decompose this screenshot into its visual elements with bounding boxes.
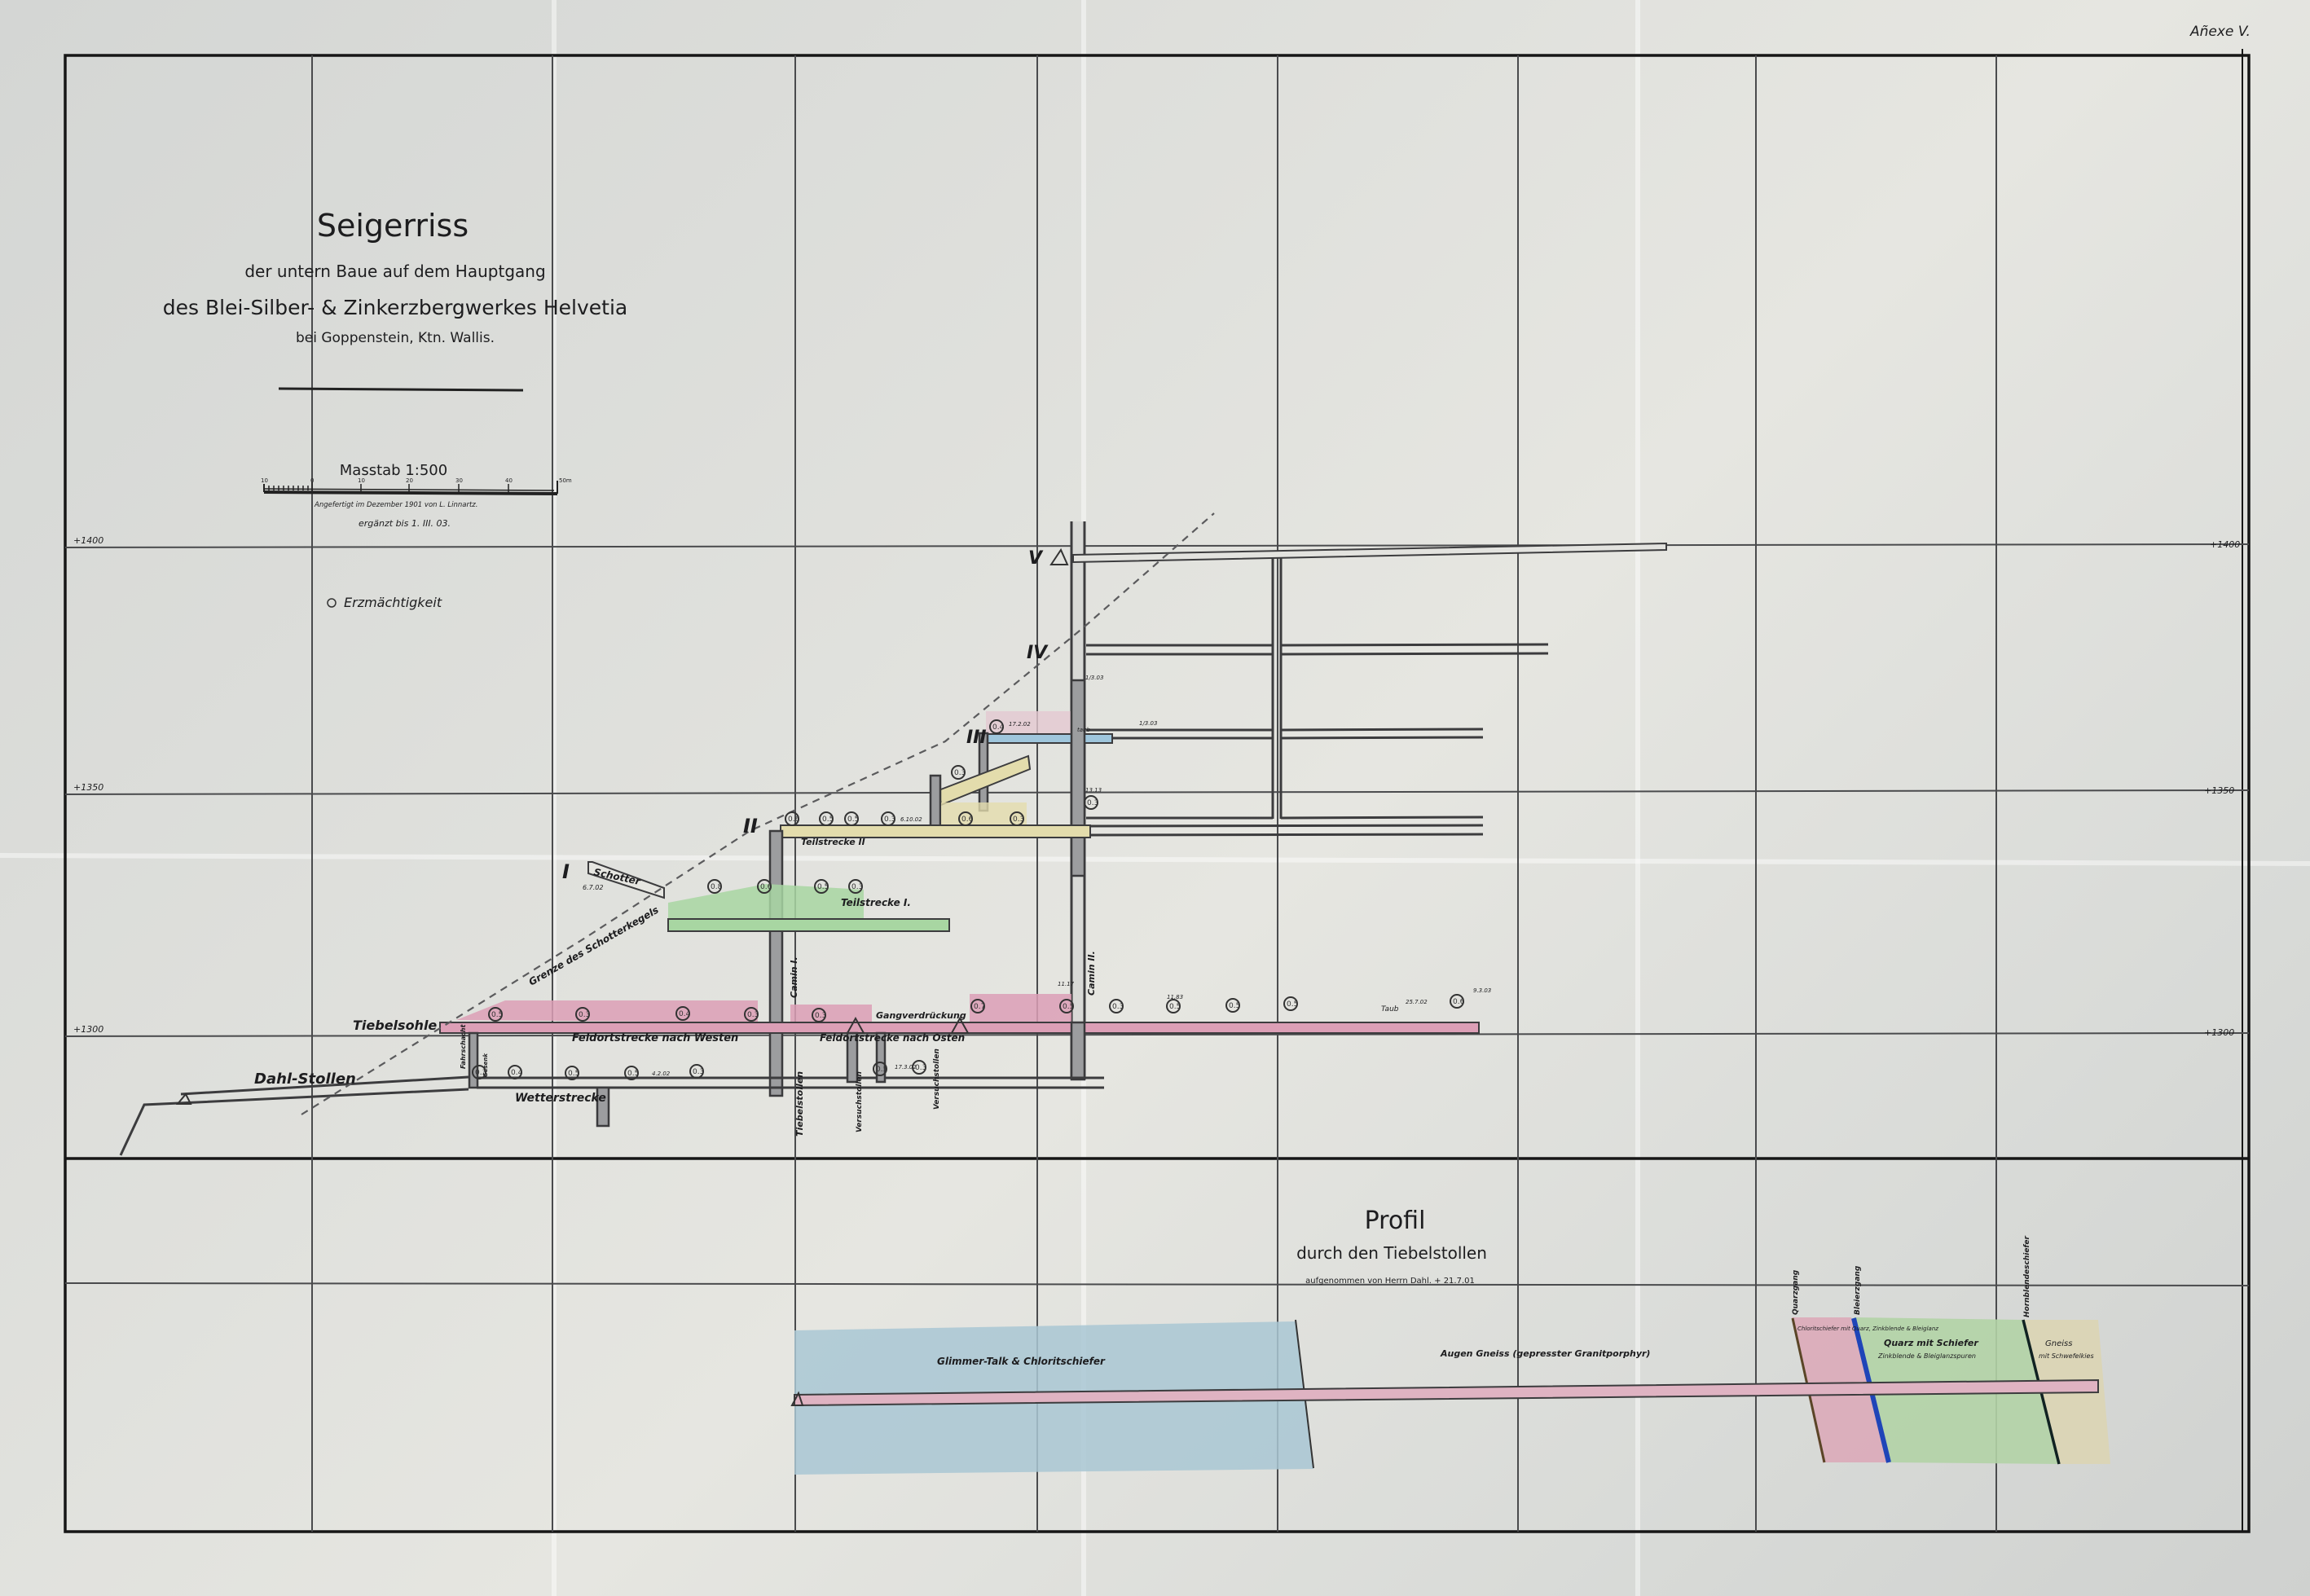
svg-text:40: 40 [505,477,513,484]
svg-text:0.3: 0.3 [693,1068,704,1076]
svg-text:0.5: 0.5 [491,1011,503,1019]
svg-text:Taub: Taub [1381,1005,1399,1013]
svg-text:13.13: 13.13 [1085,787,1102,794]
svg-text:Glimmer-Talk & Chloritschiefer: Glimmer-Talk & Chloritschiefer [937,1356,1106,1367]
tiebelstollen-label: Tiebelstollen [794,1071,805,1137]
svg-text:0.5: 0.5 [1229,1002,1240,1010]
level-label: I [562,860,570,883]
svg-text:mit Schwefelkies: mit Schwefelkies [2039,1352,2094,1360]
svg-text:0.6: 0.6 [788,816,800,824]
legend-label: Erzmächtigkeit [344,595,442,610]
svg-text:0.5: 0.5 [568,1070,579,1078]
svg-text:Zinkblende & Bleiglanzspuren: Zinkblende & Bleiglanzspuren [1877,1352,1976,1360]
title-block: Seigerriss der untern Baue auf dem Haupt… [163,208,627,390]
teilstrecke-2-label: Teilstrecke II [801,837,865,847]
teilstrecke-2 [770,825,1090,1096]
profile-surveyed-by: aufgenommen von Herrn Dahl. + 21.7.01 [1305,1277,1475,1286]
profile-section: Profil durch den Tiebelstollen aufgenomm… [792,1207,2110,1475]
ore-thickness-icon [328,599,336,607]
supplemented-note: ergänzt bis 1. III. 03. [359,518,451,529]
svg-text:50m: 50m [559,477,572,484]
svg-text:25.7.02: 25.7.02 [1406,999,1428,1005]
elevation-label: +1350 [73,782,103,793]
svg-text:0.5: 0.5 [1063,1003,1074,1011]
level-label: III [966,728,987,748]
svg-text:17.2.02: 17.2.02 [1009,721,1031,728]
svg-text:0.3: 0.3 [884,816,895,824]
svg-text:0.8: 0.8 [711,883,723,891]
svg-text:0.3: 0.3 [747,1011,759,1019]
svg-text:0.3: 0.3 [1013,816,1024,824]
dahl-stollen [121,1077,469,1155]
svg-text:1/3.03: 1/3.03 [1085,675,1103,681]
title-line2: des Blei-Silber- & Zinkerzbergwerkes Hel… [163,296,627,319]
wetterstrecke-label: Wetterstrecke [515,1092,606,1105]
svg-text:0.3: 0.3 [815,1012,826,1020]
svg-text:0.6: 0.6 [961,816,974,824]
svg-text:1/3.03: 1/3.03 [1139,720,1157,727]
svg-text:0.7: 0.7 [974,1003,985,1011]
svg-text:0: 0 [310,477,314,484]
upper-workings [1051,521,1666,1079]
scale-bar: Masstab 1:500 10 0 10 20 30 40 50m Angef… [261,462,572,529]
camin-1-shaft [770,831,782,1096]
gravel-cone-label: Grenze des Schotterkegels [527,904,661,988]
svg-text:Bleierzgang: Bleierzgang [1854,1265,1862,1315]
svg-text:0.5: 0.5 [822,816,834,824]
svg-text:0.6: 0.6 [1453,998,1465,1006]
svg-text:9.3.03: 9.3.03 [1473,987,1491,994]
elevation-label: +1400 [73,535,103,546]
versuchstollen-label: Versuchstollen [856,1071,864,1132]
wetterstrecke [469,1033,1104,1126]
made-by-note: Angefertigt im Dezember 1901 von L. Linn… [314,501,477,509]
svg-text:0.3: 0.3 [954,769,966,777]
elevation-label: +1400 [2210,539,2240,550]
elevation-label: +1300 [73,1024,103,1035]
svg-text:6.7.02: 6.7.02 [583,884,603,891]
svg-text:0.3: 0.3 [915,1064,926,1072]
svg-text:0.5: 0.5 [817,883,829,891]
teilstrecke-1-label: Teilstrecke I. [841,897,911,908]
tiebelsohle-label: Tiebelsohle [353,1018,437,1033]
drawing-sheet: +1400 +1350 +1300 +1400 +1350 +1300 Añex… [0,0,2310,1596]
svg-text:10: 10 [358,477,365,484]
versuchstollen-label: Versuchstollen [933,1049,941,1110]
level-label: II [743,815,758,838]
svg-text:0.4: 0.4 [679,1010,691,1018]
svg-text:10: 10 [261,477,268,484]
fold-crease [0,855,2310,864]
svg-text:Hornblendeschiefer: Hornblendeschiefer [2023,1236,2031,1317]
dahl-stollen-label: Dahl-Stollen [254,1071,356,1088]
svg-text:Gneiss: Gneiss [2045,1339,2072,1348]
camin-2-label: Camin II. [1086,951,1097,996]
svg-text:0.3: 0.3 [475,1069,486,1077]
fahrschacht-label: Fahrschacht [460,1023,467,1069]
scale-label: Masstab 1:500 [340,462,447,479]
svg-text:0.5: 0.5 [1169,1003,1181,1011]
svg-text:taub: taub [1077,727,1090,733]
svg-text:Augen Gneiss (gepresster Grani: Augen Gneiss (gepresster Granitporphyr) [1440,1348,1650,1359]
svg-text:Chloritschiefer mit Quarz, Zin: Chloritschiefer mit Quarz, Zinkblende & … [1797,1326,1938,1332]
title-main: Seigerriss [317,208,469,244]
svg-text:0.5: 0.5 [876,1066,887,1074]
svg-text:0.3: 0.3 [579,1011,590,1019]
svg-text:0.4: 0.4 [511,1069,523,1077]
svg-text:0.5: 0.5 [847,816,859,824]
gangverdrueckung-label: Gangverdrückung [876,1010,966,1021]
annex-label: Añexe V. [2189,24,2251,40]
level-label: V [1028,548,1044,569]
svg-text:0.3: 0.3 [851,883,863,891]
svg-text:0.3: 0.3 [1087,799,1098,807]
feldort-west-label: Feldortstrecke nach Westen [572,1032,738,1044]
title-line1: der untern Baue auf dem Hauptgang [244,262,545,281]
elevation-label: +1300 [2204,1027,2234,1038]
feldort-ost-label: Feldortstrecke nach Osten [820,1032,965,1044]
title-underline [279,389,523,390]
svg-text:0.4: 0.4 [992,723,1005,732]
title-line3: bei Goppenstein, Ktn. Wallis. [296,330,495,346]
camin-1-label: Camin I. [789,956,799,998]
svg-text:4.2.02: 4.2.02 [652,1071,671,1077]
elevation-label: +1350 [2204,785,2234,796]
profile-title: Profil [1365,1207,1426,1235]
level-label: IV [1027,643,1049,663]
svg-text:0.5: 0.5 [1287,1000,1298,1009]
svg-text:20: 20 [406,477,413,484]
svg-text:0.3: 0.3 [1112,1003,1124,1011]
svg-text:6.10.02: 6.10.02 [900,816,922,823]
svg-text:11.17: 11.17 [1058,981,1075,987]
svg-text:Quarz mit Schiefer: Quarz mit Schiefer [1884,1338,1978,1348]
svg-text:30: 30 [455,477,463,484]
svg-text:0.5: 0.5 [627,1070,639,1078]
profile-subtitle: durch den Tiebelstollen [1296,1243,1487,1263]
legend: Erzmächtigkeit [328,595,442,610]
mine-section-drawing: +1400 +1350 +1300 +1400 +1350 +1300 Añex… [0,0,2310,1596]
portal-icon [1051,550,1067,565]
svg-text:Quarzgang: Quarzgang [1792,1269,1800,1315]
svg-text:0.6: 0.6 [760,883,772,891]
